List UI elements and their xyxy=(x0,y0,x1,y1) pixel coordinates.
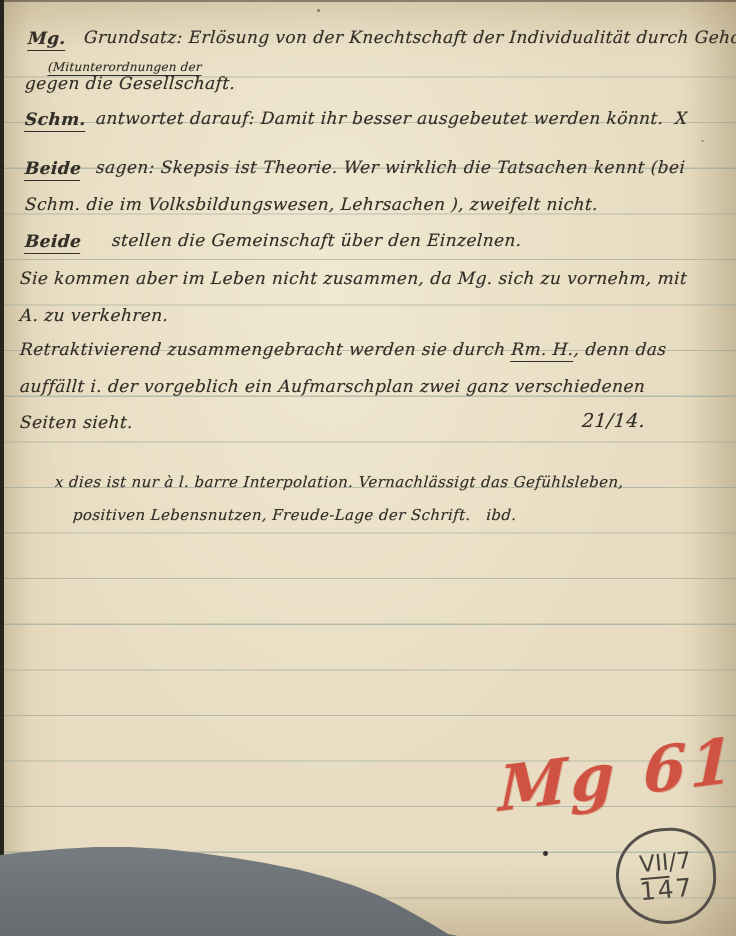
handwritten-line: antwortet darauf: Damit ihr besser ausge… xyxy=(95,108,688,130)
footnote-line: positiven Lebensnutzen, Freude-Lage der … xyxy=(72,504,517,526)
page-number: 21/14. xyxy=(581,410,646,432)
handwritten-line: stellen die Gemeinschaft über den Einzel… xyxy=(111,230,522,252)
handwritten-line: gegen die Gesellschaft. xyxy=(24,73,236,95)
underlined-reference: Rm. H. xyxy=(511,340,575,362)
handwritten-line: sagen: Skepsis ist Theorie. Wer wirklich… xyxy=(95,157,686,179)
handwritten-line: Grundsatz: Erlösung von der Knechtschaft… xyxy=(83,27,736,49)
margin-label-schm: Schm. xyxy=(24,109,86,131)
scanned-manuscript-page: Mg. Grundsatz: Erlösung von der Knechtsc… xyxy=(0,0,736,936)
handwritten-line: Sie kommen aber im Leben nicht zusammen,… xyxy=(19,268,688,290)
handwritten-line: Schm. die im Volksbildungswesen, Lehrsac… xyxy=(24,194,599,216)
page-left-edge xyxy=(0,0,4,936)
footnote-line: x dies ist nur à l. barre Interpolation.… xyxy=(54,471,624,493)
stamp-number: 147 xyxy=(639,873,695,905)
page-top-edge xyxy=(0,0,736,2)
paper-speck xyxy=(317,9,320,12)
torn-corner-backing xyxy=(0,845,462,936)
archive-stamp-circle: VII/7 147 xyxy=(614,825,719,926)
stamp-suffix: /7 xyxy=(668,847,693,875)
handwritten-line: Seiten sieht. xyxy=(19,412,134,434)
red-archive-mark: Mg 61 xyxy=(498,723,736,826)
handwritten-line: Retraktivierend zusammengebracht werden … xyxy=(19,339,667,361)
handwritten-line: A. zu verkehren. xyxy=(19,305,169,327)
ink-dot xyxy=(543,851,548,856)
margin-label-beide: Beide xyxy=(24,231,82,253)
handwritten-line: auffällt i. der vorgeblich ein Aufmarsch… xyxy=(19,376,646,398)
margin-label-mg: Mg. xyxy=(27,28,66,50)
margin-label-beide: Beide xyxy=(24,158,82,180)
paper-speck xyxy=(701,140,704,142)
